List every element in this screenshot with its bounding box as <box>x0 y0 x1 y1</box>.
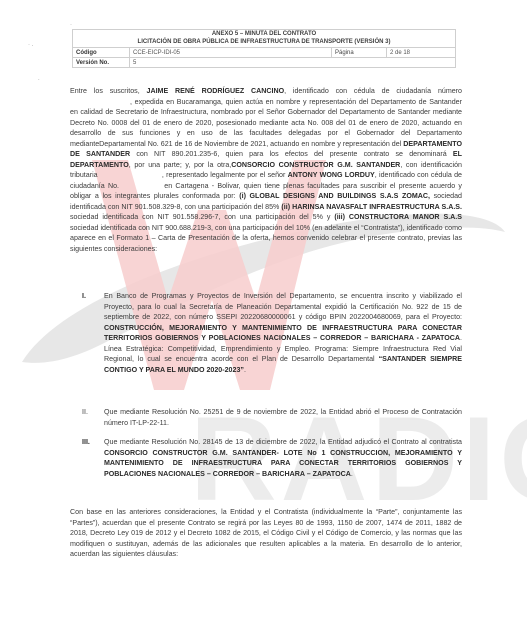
text: , por una parte; y, por la otra, <box>129 161 232 169</box>
closing-paragraph: Con base en las anteriores consideracion… <box>70 507 462 560</box>
header-title: ANEXO 5 – MINUTA DEL CONTRATO LICITACIÓN… <box>73 30 456 48</box>
intro-paragraph: Entre los suscritos, JAIME RENÉ RODRÍGUE… <box>70 86 462 254</box>
codigo-value: CCE-EICP-IDI-05 <box>130 48 332 58</box>
header-title-line2: LICITACIÓN DE OBRA PÚBLICA DE INFRAESTRU… <box>76 39 452 47</box>
representative-name: ANTONY WONG LORDUY <box>288 171 375 179</box>
text: , identificado con cédula de ciudadanía … <box>284 87 462 95</box>
pagina-label: Página <box>332 48 387 58</box>
text: . <box>351 470 353 478</box>
project-name: CONSTRUCCIÓN, MEJORAMIENTO Y MANTENIMIEN… <box>104 324 462 343</box>
item-number: III. <box>82 437 90 448</box>
item-text: Que mediante Resolución No. 25251 de 9 d… <box>104 407 462 428</box>
item-text: Que mediante Resolución No. 28145 de 13 … <box>104 437 462 479</box>
text: , representado legalmente por el señor <box>162 171 288 179</box>
item-number: I. <box>82 291 86 302</box>
item-number: II. <box>82 407 88 418</box>
text: con NIT 890.201.235-6, quien para los ef… <box>130 150 453 158</box>
member-2: (ii) HARINSA NAVASFALT INFRAESTRUCTURA S… <box>281 203 462 211</box>
version-label: Versión No. <box>73 58 130 68</box>
consortium-name: CONSORCIO CONSTRUCTOR G.M. SANTANDER <box>231 161 400 169</box>
scan-speck: · <box>70 22 72 28</box>
version-value: 5 <box>130 58 456 68</box>
text: sociedad identificada con NIT 901.558.29… <box>70 213 334 221</box>
pagina-value: 2 de 18 <box>387 48 456 58</box>
signer-name: JAIME RENÉ RODRÍGUEZ CANCINO <box>147 87 285 95</box>
text: . <box>244 366 246 374</box>
text: Entre los suscritos, <box>70 87 147 95</box>
scan-speck: . <box>38 76 40 82</box>
item-text: En Banco de Programas y Proyectos de Inv… <box>104 291 462 375</box>
document-page: · · . . ANEXO 5 – MINUTA DEL CONTRATO LI… <box>0 0 527 617</box>
text: sociedad identificada con NIT 900.688.21… <box>70 224 462 253</box>
scan-speck: · . <box>28 42 33 48</box>
awarded-contract: CONSORCIO CONSTRUCTOR G.M. SANTANDER- LO… <box>104 449 462 478</box>
codigo-label: Código <box>73 48 130 58</box>
text: Que mediante Resolución No. 28145 de 13 … <box>104 438 462 446</box>
member-1: (i) GLOBAL DESIGNS AND BUILDINGS S.A.S Z… <box>239 192 430 200</box>
member-3: (iii) CONSTRUCTORA MANOR S.A.S <box>334 213 462 221</box>
header-title-line1: ANEXO 5 – MINUTA DEL CONTRATO <box>76 31 452 39</box>
text: Que mediante Resolución No. 25251 de 9 d… <box>104 408 462 427</box>
text: En Banco de Programas y Proyectos de Inv… <box>104 292 462 321</box>
document-header-table: ANEXO 5 – MINUTA DEL CONTRATO LICITACIÓN… <box>72 29 456 68</box>
